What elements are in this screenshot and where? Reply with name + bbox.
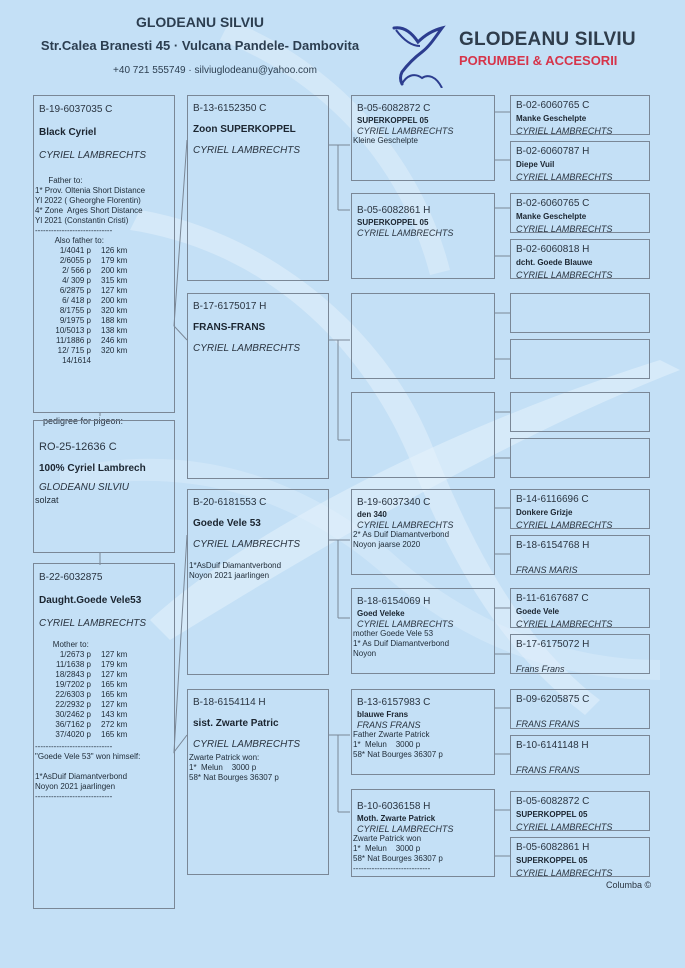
result-row: 8/1755 p320 km bbox=[35, 306, 169, 316]
g4-card[interactable]: B-18-6154768 HFRANS MARIS bbox=[510, 535, 650, 575]
g2-card[interactable]: B-18-6154114 H sist. Zwarte Patric CYRIE… bbox=[187, 689, 329, 875]
result-place: 19/7202 p bbox=[35, 680, 91, 690]
result-row: 1/2673 p127 km bbox=[35, 650, 169, 660]
g4-ring: B-14-6116696 C bbox=[516, 493, 644, 506]
result-distance: 126 km bbox=[101, 246, 127, 256]
g3-card[interactable]: B-18-6154069 H Goed Veleke CYRIEL LAMBRE… bbox=[351, 588, 495, 674]
g2-notes: 1*AsDuif Diamantverbond Noyon 2021 jaarl… bbox=[189, 561, 323, 581]
g4-name: Goede Vele bbox=[516, 607, 644, 617]
result-distance: 179 km bbox=[101, 660, 127, 670]
g2-card[interactable]: B-17-6175017 H FRANS-FRANS CYRIEL LAMBRE… bbox=[187, 293, 329, 479]
g3-breeder: CYRIEL LAMBRECHTS bbox=[357, 520, 489, 530]
g3-notes: Kleine Geschelpte bbox=[353, 136, 489, 146]
g4-card[interactable]: B-10-6141148 HFRANS FRANS bbox=[510, 735, 650, 775]
sire-breeder: CYRIEL LAMBRECHTS bbox=[39, 149, 169, 162]
result-row: 37/4020 p165 km bbox=[35, 730, 169, 740]
result-distance: 127 km bbox=[101, 286, 127, 296]
result-place: 9/1975 p bbox=[35, 316, 91, 326]
result-row: 12/ 715 p320 km bbox=[35, 346, 169, 356]
g4-card[interactable]: B-14-6116696 CDonkere GrizjeCYRIEL LAMBR… bbox=[510, 489, 650, 529]
g4-card[interactable]: B-02-6060765 CManke GeschelpteCYRIEL LAM… bbox=[510, 95, 650, 135]
result-distance: 138 km bbox=[101, 326, 127, 336]
g4-card-empty[interactable] bbox=[510, 392, 650, 432]
g4-ring: B-10-6141148 H bbox=[516, 739, 644, 752]
g4-card[interactable]: B-02-6060765 CManke GeschelpteCYRIEL LAM… bbox=[510, 193, 650, 233]
subject-name: 100% Cyriel Lambrech bbox=[39, 462, 169, 475]
result-place: 6/2875 p bbox=[35, 286, 91, 296]
result-distance: 200 km bbox=[101, 266, 127, 276]
g4-ring: B-02-6060765 C bbox=[516, 197, 644, 210]
sire-ring: B-19-6037035 C bbox=[39, 103, 169, 116]
g4-breeder: CYRIEL LAMBRECHTS bbox=[516, 172, 644, 182]
g3-notes: Father Zwarte Patrick 1* Melun 3000 p 58… bbox=[353, 730, 489, 760]
g3-name: den 340 bbox=[357, 510, 489, 520]
result-place: 10/5013 p bbox=[35, 326, 91, 336]
g4-breeder: FRANS MARIS bbox=[516, 565, 644, 575]
g3-breeder: CYRIEL LAMBRECHTS bbox=[357, 824, 489, 834]
g3-notes: 2* As Duif Diamantverbond Noyon jaarse 2… bbox=[353, 530, 489, 550]
result-distance: 143 km bbox=[101, 710, 127, 720]
result-place: 12/ 715 p bbox=[35, 346, 91, 356]
sire-results: 1/4041 p126 km2/6055 p179 km2/ 566 p200 … bbox=[35, 246, 169, 366]
g2-card[interactable]: B-20-6181553 C Goede Vele 53 CYRIEL LAMB… bbox=[187, 489, 329, 675]
g4-breeder: CYRIEL LAMBRECHTS bbox=[516, 822, 644, 832]
result-place: 37/4020 p bbox=[35, 730, 91, 740]
result-row: 11/1638 p179 km bbox=[35, 660, 169, 670]
g4-card[interactable]: B-11-6167687 CGoede VeleCYRIEL LAMBRECHT… bbox=[510, 588, 650, 628]
g2-ring: B-13-6152350 C bbox=[193, 102, 323, 115]
g3-notes: mother Goede Vele 53 1* As Duif Diamantv… bbox=[353, 629, 489, 659]
g3-ring: B-13-6157983 C bbox=[357, 696, 489, 709]
g4-name: Manke Geschelpte bbox=[516, 212, 644, 222]
g4-card[interactable]: B-02-6060787 HDiepe VuilCYRIEL LAMBRECHT… bbox=[510, 141, 650, 181]
g4-ring: B-17-6175072 H bbox=[516, 638, 644, 651]
g3-breeder: CYRIEL LAMBRECHTS bbox=[357, 126, 489, 136]
subject-notes: solzat bbox=[35, 495, 169, 505]
result-row: 22/6303 p165 km bbox=[35, 690, 169, 700]
result-distance: 127 km bbox=[101, 700, 127, 710]
g4-breeder: CYRIEL LAMBRECHTS bbox=[516, 868, 644, 878]
dam-results: 1/2673 p127 km11/1638 p179 km18/2843 p12… bbox=[35, 650, 169, 740]
result-row: 18/2843 p127 km bbox=[35, 670, 169, 680]
g3-name: SUPERKOPPEL 05 bbox=[357, 116, 489, 126]
g4-card[interactable]: B-02-6060818 Hdcht. Goede BlauweCYRIEL L… bbox=[510, 239, 650, 279]
result-place: 4/ 309 p bbox=[35, 276, 91, 286]
dam-card[interactable]: B-22-6032875 Daught.Goede Vele53 CYRIEL … bbox=[33, 563, 175, 909]
result-place: 2/ 566 p bbox=[35, 266, 91, 276]
result-distance: 272 km bbox=[101, 720, 127, 730]
g4-card-empty[interactable] bbox=[510, 438, 650, 478]
result-row: 36/7162 p272 km bbox=[35, 720, 169, 730]
g3-name: Moth. Zwarte Patrick bbox=[357, 814, 489, 824]
result-row: 10/5013 p138 km bbox=[35, 326, 169, 336]
g3-card[interactable]: B-10-6036158 H Moth. Zwarte Patrick CYRI… bbox=[351, 789, 495, 877]
result-place: 22/6303 p bbox=[35, 690, 91, 700]
result-place: 18/2843 p bbox=[35, 670, 91, 680]
result-place: 11/1886 p bbox=[35, 336, 91, 346]
g2-name: Zoon SUPERKOPPEL bbox=[193, 123, 323, 136]
g2-breeder: CYRIEL LAMBRECHTS bbox=[193, 738, 323, 751]
g4-breeder: CYRIEL LAMBRECHTS bbox=[516, 619, 644, 629]
g3-card[interactable]: B-19-6037340 C den 340 CYRIEL LAMBRECHTS… bbox=[351, 489, 495, 575]
g3-card-empty[interactable] bbox=[351, 293, 495, 379]
sire-notes: Father to: 1* Prov. Oltenia Short Distan… bbox=[35, 176, 169, 246]
result-place: 6/ 418 p bbox=[35, 296, 91, 306]
owner-name: GLODEANU SILVIU bbox=[0, 14, 400, 30]
g4-breeder: CYRIEL LAMBRECHTS bbox=[516, 520, 644, 530]
g4-ring: B-18-6154768 H bbox=[516, 539, 644, 552]
g4-name: Donkere Grizje bbox=[516, 508, 644, 518]
result-distance: 165 km bbox=[101, 680, 127, 690]
g3-notes: Zwarte Patrick won 1* Melun 3000 p 58* N… bbox=[353, 834, 489, 874]
g2-ring: B-17-6175017 H bbox=[193, 300, 323, 313]
g3-card[interactable]: B-13-6157983 C blauwe Frans FRANS FRANS … bbox=[351, 689, 495, 775]
result-place: 1/4041 p bbox=[35, 246, 91, 256]
g2-ring: B-20-6181553 C bbox=[193, 496, 323, 509]
dam-notes-footer: ----------------------------- "Goede Vel… bbox=[35, 742, 169, 802]
g4-card[interactable]: B-17-6175072 HFrans Frans bbox=[510, 634, 650, 674]
result-place: 22/2932 p bbox=[35, 700, 91, 710]
g4-ring: B-02-6060787 H bbox=[516, 145, 644, 158]
brand-subtitle: PORUMBEI & ACCESORII bbox=[459, 53, 617, 68]
sire-card[interactable]: B-19-6037035 C Black Cyriel CYRIEL LAMBR… bbox=[33, 95, 175, 413]
result-distance: 188 km bbox=[101, 316, 127, 326]
g4-name: Diepe Vuil bbox=[516, 160, 644, 170]
g4-card[interactable]: B-09-6205875 CFRANS FRANS bbox=[510, 689, 650, 729]
result-distance: 246 km bbox=[101, 336, 127, 346]
result-distance: 315 km bbox=[101, 276, 127, 286]
result-row: 14/1614 bbox=[35, 356, 169, 366]
g3-card[interactable]: B-05-6082861 H SUPERKOPPEL 05 CYRIEL LAM… bbox=[351, 193, 495, 279]
g3-breeder: FRANS FRANS bbox=[357, 720, 489, 730]
g2-name: FRANS-FRANS bbox=[193, 321, 323, 334]
g3-name: Goed Veleke bbox=[357, 609, 489, 619]
g4-breeder: CYRIEL LAMBRECHTS bbox=[516, 126, 644, 136]
g3-ring: B-05-6082872 C bbox=[357, 102, 489, 115]
g4-ring: B-05-6082861 H bbox=[516, 841, 644, 854]
g3-breeder: CYRIEL LAMBRECHTS bbox=[357, 619, 489, 629]
g4-breeder: CYRIEL LAMBRECHTS bbox=[516, 270, 644, 280]
g4-name: Manke Geschelpte bbox=[516, 114, 644, 124]
result-row: 6/2875 p127 km bbox=[35, 286, 169, 296]
g2-notes: Zwarte Patrick won: 1* Melun 3000 p 58* … bbox=[189, 753, 323, 783]
result-row: 4/ 309 p315 km bbox=[35, 276, 169, 286]
g4-card[interactable]: B-05-6082872 CSUPERKOPPEL 05CYRIEL LAMBR… bbox=[510, 791, 650, 831]
g4-ring: B-02-6060818 H bbox=[516, 243, 644, 256]
result-row: 2/6055 p179 km bbox=[35, 256, 169, 266]
g4-ring: B-05-6082872 C bbox=[516, 795, 644, 808]
result-row: 22/2932 p127 km bbox=[35, 700, 169, 710]
result-distance: 320 km bbox=[101, 306, 127, 316]
result-row: 6/ 418 p200 km bbox=[35, 296, 169, 306]
g3-name: blauwe Frans bbox=[357, 710, 489, 720]
dove-logo-icon bbox=[392, 22, 456, 88]
g2-breeder: CYRIEL LAMBRECHTS bbox=[193, 538, 323, 551]
g4-breeder: FRANS FRANS bbox=[516, 719, 644, 729]
g4-breeder: CYRIEL LAMBRECHTS bbox=[516, 224, 644, 234]
g2-breeder: CYRIEL LAMBRECHTS bbox=[193, 342, 323, 355]
g2-breeder: CYRIEL LAMBRECHTS bbox=[193, 144, 323, 157]
result-row: 1/4041 p126 km bbox=[35, 246, 169, 256]
g4-name: dcht. Goede Blauwe bbox=[516, 258, 644, 268]
g3-card-empty[interactable] bbox=[351, 392, 495, 478]
g3-name: SUPERKOPPEL 05 bbox=[357, 218, 489, 228]
g3-ring: B-18-6154069 H bbox=[357, 595, 489, 608]
g4-ring: B-02-6060765 C bbox=[516, 99, 644, 112]
subject-ring: RO-25-12636 C bbox=[39, 441, 169, 454]
g3-ring: B-19-6037340 C bbox=[357, 496, 489, 509]
result-distance: 127 km bbox=[101, 650, 127, 660]
g4-card[interactable]: B-05-6082861 HSUPERKOPPEL 05CYRIEL LAMBR… bbox=[510, 837, 650, 877]
result-row: 9/1975 p188 km bbox=[35, 316, 169, 326]
dam-ring: B-22-6032875 bbox=[39, 571, 169, 584]
brand-name: GLODEANU SILVIU bbox=[459, 29, 636, 51]
g2-ring: B-18-6154114 H bbox=[193, 696, 323, 709]
sire-name: Black Cyriel bbox=[39, 126, 169, 139]
result-row: 11/1886 p246 km bbox=[35, 336, 169, 346]
dam-name: Daught.Goede Vele53 bbox=[39, 594, 169, 607]
result-place: 11/1638 p bbox=[35, 660, 91, 670]
result-distance: 200 km bbox=[101, 296, 127, 306]
g4-card-empty[interactable] bbox=[510, 293, 650, 333]
g4-name: SUPERKOPPEL 05 bbox=[516, 856, 644, 866]
owner-contact: +40 721 555749 · silviuglodeanu@yahoo.co… bbox=[0, 65, 430, 76]
result-place: 30/2462 p bbox=[35, 710, 91, 720]
footer-credit: Columba © bbox=[606, 880, 651, 890]
g4-ring: B-11-6167687 C bbox=[516, 592, 644, 605]
result-place: 36/7162 p bbox=[35, 720, 91, 730]
g4-breeder: Frans Frans bbox=[516, 664, 644, 674]
g2-card[interactable]: B-13-6152350 C Zoon SUPERKOPPEL CYRIEL L… bbox=[187, 95, 329, 281]
result-place: 2/6055 p bbox=[35, 256, 91, 266]
subject-card[interactable]: RO-25-12636 C 100% Cyriel Lambrech GLODE… bbox=[33, 420, 175, 553]
g3-ring: B-10-6036158 H bbox=[357, 800, 489, 813]
g4-name: SUPERKOPPEL 05 bbox=[516, 810, 644, 820]
g4-ring: B-09-6205875 C bbox=[516, 693, 644, 706]
owner-address: Str.Calea Branesti 45 · Vulcana Pandele-… bbox=[0, 38, 400, 53]
result-row: 19/7202 p165 km bbox=[35, 680, 169, 690]
result-row: 2/ 566 p200 km bbox=[35, 266, 169, 276]
g4-card-empty[interactable] bbox=[510, 339, 650, 379]
g2-name: Goede Vele 53 bbox=[193, 517, 323, 530]
result-distance: 165 km bbox=[101, 690, 127, 700]
g3-ring: B-05-6082861 H bbox=[357, 204, 489, 217]
dam-breeder: CYRIEL LAMBRECHTS bbox=[39, 617, 169, 630]
result-distance: 127 km bbox=[101, 670, 127, 680]
result-distance: 165 km bbox=[101, 730, 127, 740]
g2-name: sist. Zwarte Patric bbox=[193, 717, 323, 730]
result-row: 30/2462 p143 km bbox=[35, 710, 169, 720]
result-distance: 320 km bbox=[101, 346, 127, 356]
g3-breeder: CYRIEL LAMBRECHTS bbox=[357, 228, 489, 238]
result-place: 14/1614 bbox=[35, 356, 91, 366]
result-place: 8/1755 p bbox=[35, 306, 91, 316]
subject-breeder: GLODEANU SILVIU bbox=[39, 481, 169, 494]
result-distance: 179 km bbox=[101, 256, 127, 266]
result-place: 1/2673 p bbox=[35, 650, 91, 660]
g4-breeder: FRANS FRANS bbox=[516, 765, 644, 775]
dam-notes-title: Mother to: bbox=[35, 640, 169, 650]
g3-card[interactable]: B-05-6082872 C SUPERKOPPEL 05 CYRIEL LAM… bbox=[351, 95, 495, 181]
